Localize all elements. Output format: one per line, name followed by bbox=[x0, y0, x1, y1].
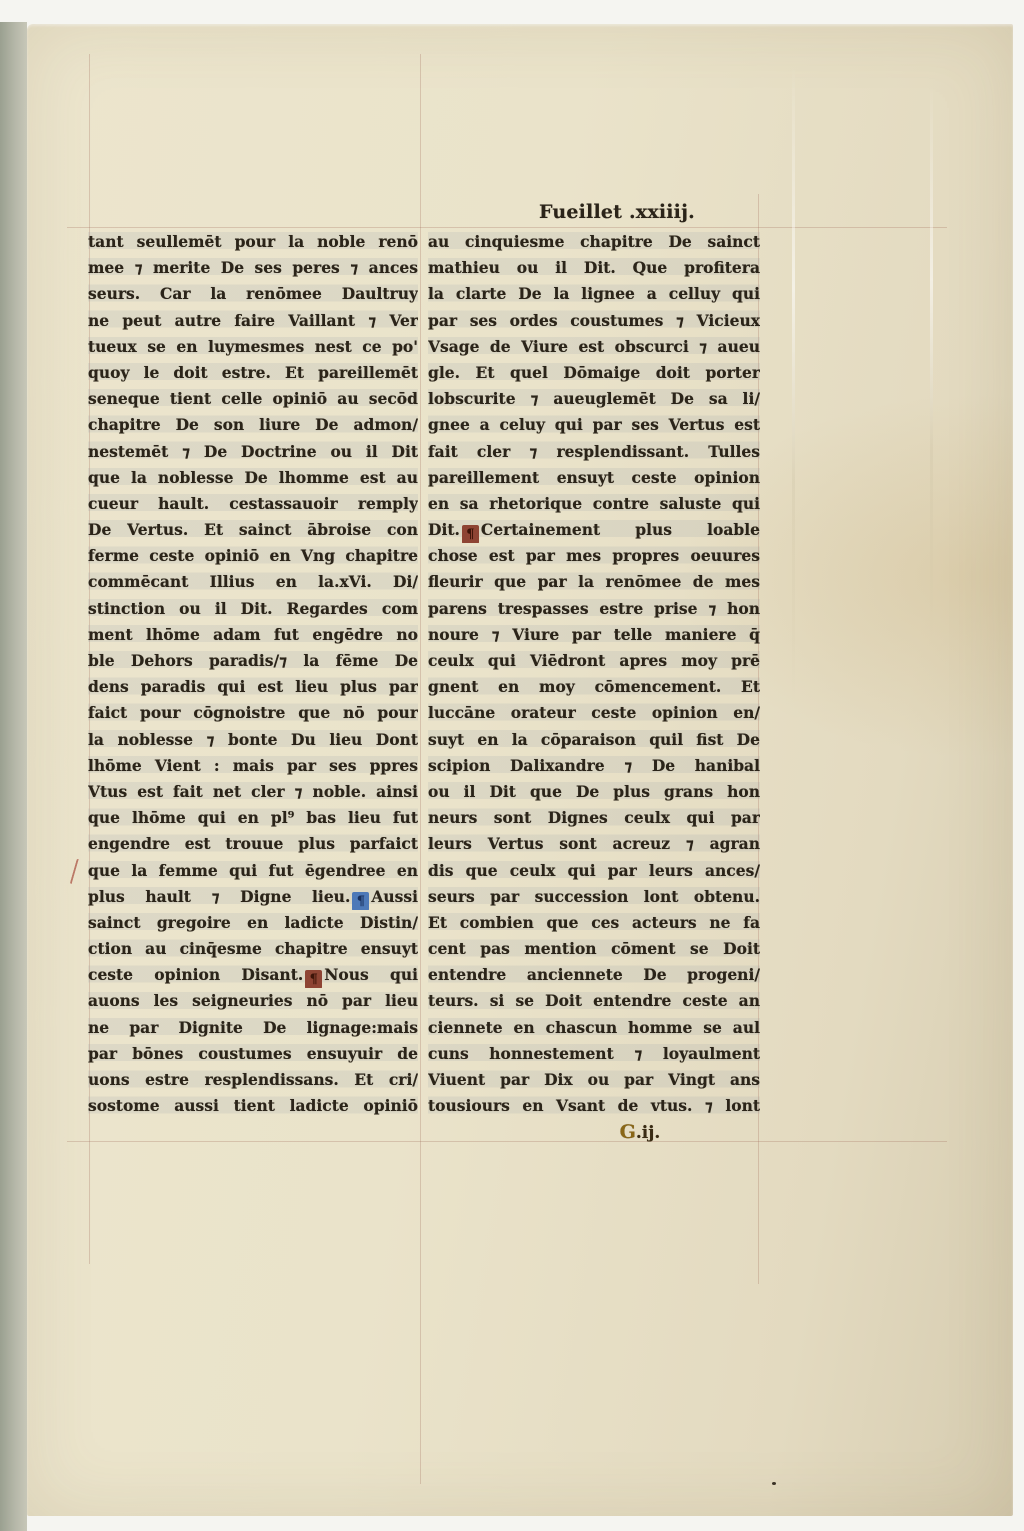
text-line: mee ⁊ merite De ses peres ⁊ ances bbox=[88, 255, 418, 281]
text-line: teurs. si se Doit entendre ceste an bbox=[428, 988, 760, 1014]
text-line: au cinquiesme chapitre De sainct bbox=[428, 229, 760, 255]
text-line: pareillement ensuyt ceste opinion bbox=[428, 465, 760, 491]
text-line: ne peut autre faire Vaillant ⁊ Ver bbox=[88, 308, 418, 334]
text-line: stinction ou il Dit. Regardes com bbox=[88, 596, 418, 622]
text-line: en sa rhetorique contre saluste qui bbox=[428, 491, 760, 517]
ruling-line bbox=[67, 1141, 947, 1142]
text-line: seneque tient celle opiniō au secōd bbox=[88, 386, 418, 412]
ink-speck bbox=[772, 1482, 776, 1485]
text-line: mathieu ou il Dit. Que profitera bbox=[428, 255, 760, 281]
pilcrow-mark: ¶ bbox=[462, 525, 479, 543]
parchment-crease bbox=[930, 84, 933, 644]
text-line: ction au cinq̄esme chapitre ensuyt bbox=[88, 936, 418, 962]
text-line: la noblesse ⁊ bonte Du lieu Dont bbox=[88, 727, 418, 753]
text-line: uons estre resplendissans. Et cri/ bbox=[88, 1067, 418, 1093]
text-line: ment lhōme adam fut engēdre no bbox=[88, 622, 418, 648]
text-line: tueux se en luymesmes nest ce po' bbox=[88, 334, 418, 360]
text-line: engendre est trouue plus parfaict bbox=[88, 831, 418, 857]
text-line: parens trespasses estre prise ⁊ hon bbox=[428, 596, 760, 622]
quire-signature: G.ij. bbox=[560, 1121, 720, 1143]
text-line: luccāne orateur ceste opinion en/ bbox=[428, 700, 760, 726]
text-column-left: tant seullemēt pour la noble renōmee ⁊ m… bbox=[88, 229, 418, 1119]
text-line: chose est par mes propres oeuures bbox=[428, 543, 760, 569]
text-line: ble Dehors paradis/⁊ la fēme De bbox=[88, 648, 418, 674]
text-line: par bōnes coustumes ensuyuir de bbox=[88, 1041, 418, 1067]
signature-rest: .ij. bbox=[636, 1123, 660, 1143]
text-line: gle. Et quel Dōmaige doit porter bbox=[428, 360, 760, 386]
text-line: tousiours en Vsant de vtus. ⁊ lont bbox=[428, 1093, 760, 1119]
text-line: nestemēt ⁊ De Doctrine ou il Dit bbox=[88, 439, 418, 465]
text-line: lobscurite ⁊ aueuglemēt De sa li/ bbox=[428, 386, 760, 412]
text-line: sostome aussi tient ladicte opiniō bbox=[88, 1093, 418, 1119]
text-line: fleurir que par la renōmee de mes bbox=[428, 569, 760, 595]
text-line: que la femme qui fut ēgendree en bbox=[88, 858, 418, 884]
text-line: auons les seigneuries nō par lieu bbox=[88, 988, 418, 1014]
ruling-line bbox=[420, 54, 421, 1484]
text-line: Vtus est fait net cler ⁊ noble. ainsi bbox=[88, 779, 418, 805]
text-line: De Vertus. Et sainct ābroise con bbox=[88, 517, 418, 543]
signature-initial: G bbox=[620, 1121, 636, 1143]
text-line: ciennete en chascun homme se aul bbox=[428, 1015, 760, 1041]
text-line: cuns honnestement ⁊ loyaulment bbox=[428, 1041, 760, 1067]
text-line: suyt en la cōparaison quil fist De bbox=[428, 727, 760, 753]
ruling-line bbox=[67, 227, 947, 228]
pilcrow-mark: ¶ bbox=[352, 892, 369, 910]
text-line: scipion Dalixandre ⁊ De hanibal bbox=[428, 753, 760, 779]
text-line: plus hault ⁊ Digne lieu.¶Aussi bbox=[88, 884, 418, 910]
text-line: que la noblesse De lhomme est au bbox=[88, 465, 418, 491]
text-line: fait cler ⁊ resplendissant. Tulles bbox=[428, 439, 760, 465]
text-line: neurs sont Dignes ceulx qui par bbox=[428, 805, 760, 831]
text-line: faict pour cōgnoistre que nō pour bbox=[88, 700, 418, 726]
text-line: que lhōme qui en pl⁹ bas lieu fut bbox=[88, 805, 418, 831]
text-line: gnee a celuy qui par ses Vertus est bbox=[428, 412, 760, 438]
text-line: gnent en moy cōmencement. Et bbox=[428, 674, 760, 700]
text-line: dis que ceulx qui par leurs ances/ bbox=[428, 858, 760, 884]
text-line: lhōme Vient : mais par ses ppres bbox=[88, 753, 418, 779]
text-line: Et combien que ces acteurs ne fa bbox=[428, 910, 760, 936]
text-line: seurs. Car la renōmee Daultruy bbox=[88, 281, 418, 307]
text-line: ne par Dignite De lignage:mais bbox=[88, 1015, 418, 1041]
text-line: seurs par succession lont obtenu. bbox=[428, 884, 760, 910]
text-line: dens paradis qui est lieu plus par bbox=[88, 674, 418, 700]
text-line: ceulx qui Viēdront apres moy prē bbox=[428, 648, 760, 674]
parchment-crease bbox=[792, 64, 795, 704]
pilcrow-mark: ¶ bbox=[305, 970, 322, 988]
folio-header: Fueillet .xxiiij. bbox=[487, 201, 747, 223]
text-line: Dit.¶Certainement plus loable bbox=[428, 517, 760, 543]
text-column-right: au cinquiesme chapitre De sainctmathieu … bbox=[428, 229, 760, 1119]
text-line: ferme ceste opiniō en Vng chapitre bbox=[88, 543, 418, 569]
text-line: commēcant Illius en la.xVi. Di/ bbox=[88, 569, 418, 595]
text-line: chapitre De son liure De admon/ bbox=[88, 412, 418, 438]
text-line: ou il Dit que De plus grans hon bbox=[428, 779, 760, 805]
text-line: Viuent par Dix ou par Vingt ans bbox=[428, 1067, 760, 1093]
text-line: leurs Vertus sont acreuz ⁊ agran bbox=[428, 831, 760, 857]
text-line: cent pas mention cōment se Doit bbox=[428, 936, 760, 962]
binding-edge bbox=[0, 22, 27, 1531]
text-line: tant seullemēt pour la noble renō bbox=[88, 229, 418, 255]
text-line: par ses ordes coustumes ⁊ Vicieux bbox=[428, 308, 760, 334]
text-line: Vsage de Viure est obscurci ⁊ aueu bbox=[428, 334, 760, 360]
text-line: quoy le doit estre. Et pareillemēt bbox=[88, 360, 418, 386]
book-page: Fueillet .xxiiij. tant seullemēt pour la… bbox=[27, 24, 1013, 1516]
text-line: sainct gregoire en ladicte Distin/ bbox=[88, 910, 418, 936]
text-line: la clarte De la lignee a celluy qui bbox=[428, 281, 760, 307]
text-line: cueur hault. cestassauoir remply bbox=[88, 491, 418, 517]
text-line: noure ⁊ Viure par telle maniere q̄ bbox=[428, 622, 760, 648]
text-line: entendre anciennete De progeni/ bbox=[428, 962, 760, 988]
text-line: ceste opinion Disant.¶Nous qui bbox=[88, 962, 418, 988]
